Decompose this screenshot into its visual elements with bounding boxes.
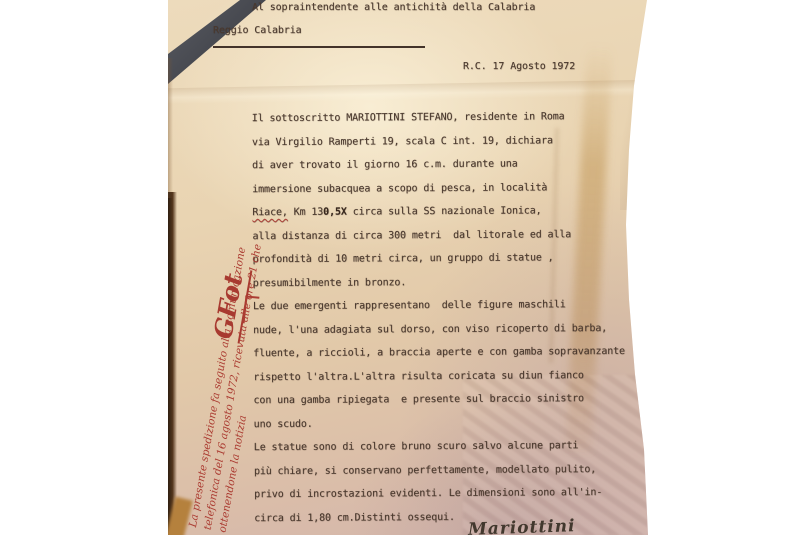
typed-line: di aver trovato il giorno 16 c.m. durant… (252, 152, 638, 178)
riace-line-rest: circa sulla SS nazionale Ionica, (347, 205, 542, 217)
typed-line: profondità di 10 metri circa, un gruppo … (253, 246, 639, 272)
typed-line: presumibilmente in bronzo. (253, 269, 639, 295)
typed-line: uno scudo. (254, 410, 640, 436)
typed-line: via Virgilio Ramperti 19, scala C int. 1… (252, 128, 638, 154)
riace-line-mid: Km 13 (288, 207, 323, 218)
handwritten-signature: Mariottini (468, 516, 576, 535)
page: { "document": { "recipient": "Al soprain… (0, 0, 800, 535)
typed-line-riace: Riace, Km 130,5X circa sulla SS nazional… (252, 199, 638, 225)
recipient-city: Reggio Calabria (213, 25, 302, 36)
typed-line: fluente, a riccioli, a braccia aperte e … (253, 340, 639, 366)
paper-left-edge (168, 58, 173, 198)
typed-line: più chiare, si conservano perfettamente,… (254, 457, 640, 483)
typed-line: alla distanza di circa 300 metri dal lit… (252, 222, 638, 248)
typed-line: Le statue sono di colore bruno scuro sal… (254, 434, 640, 460)
recipient-city-underlined: Reggio Calabria (213, 25, 425, 48)
typed-line: circa di 1,80 cm.Distinti ossequi. (254, 504, 640, 530)
date-line: R.C. 17 Agosto 1972 (463, 61, 575, 72)
letter-photo: Al sopraintendente alle antichità della … (168, 0, 648, 535)
typed-line: Le due emergenti rappresentano delle fig… (253, 293, 639, 319)
paper-fold-crease (168, 80, 648, 104)
typed-line: nude, l'una adagiata sul dorso, con viso… (253, 316, 639, 342)
photo-left-edge (168, 192, 177, 535)
typed-line: con una gamba ripiegata e presente sul b… (253, 387, 639, 413)
typed-line: immersione subacquea a scopo di pesca, i… (252, 175, 638, 201)
recipient-line: Al sopraintendente alle antichità della … (252, 2, 535, 13)
typed-line: Il sottoscritto MARIOTTINI STEFANO, resi… (252, 105, 638, 131)
typed-line: rispetto l'altra.L'altra risulta coricat… (253, 363, 639, 389)
typed-line: privo di incrostazioni evidenti. Le dime… (254, 481, 640, 507)
red-check-mark (243, 295, 260, 324)
overstruck-characters: 0,5X (323, 207, 347, 218)
letter-body: Il sottoscritto MARIOTTINI STEFANO, resi… (252, 105, 641, 530)
